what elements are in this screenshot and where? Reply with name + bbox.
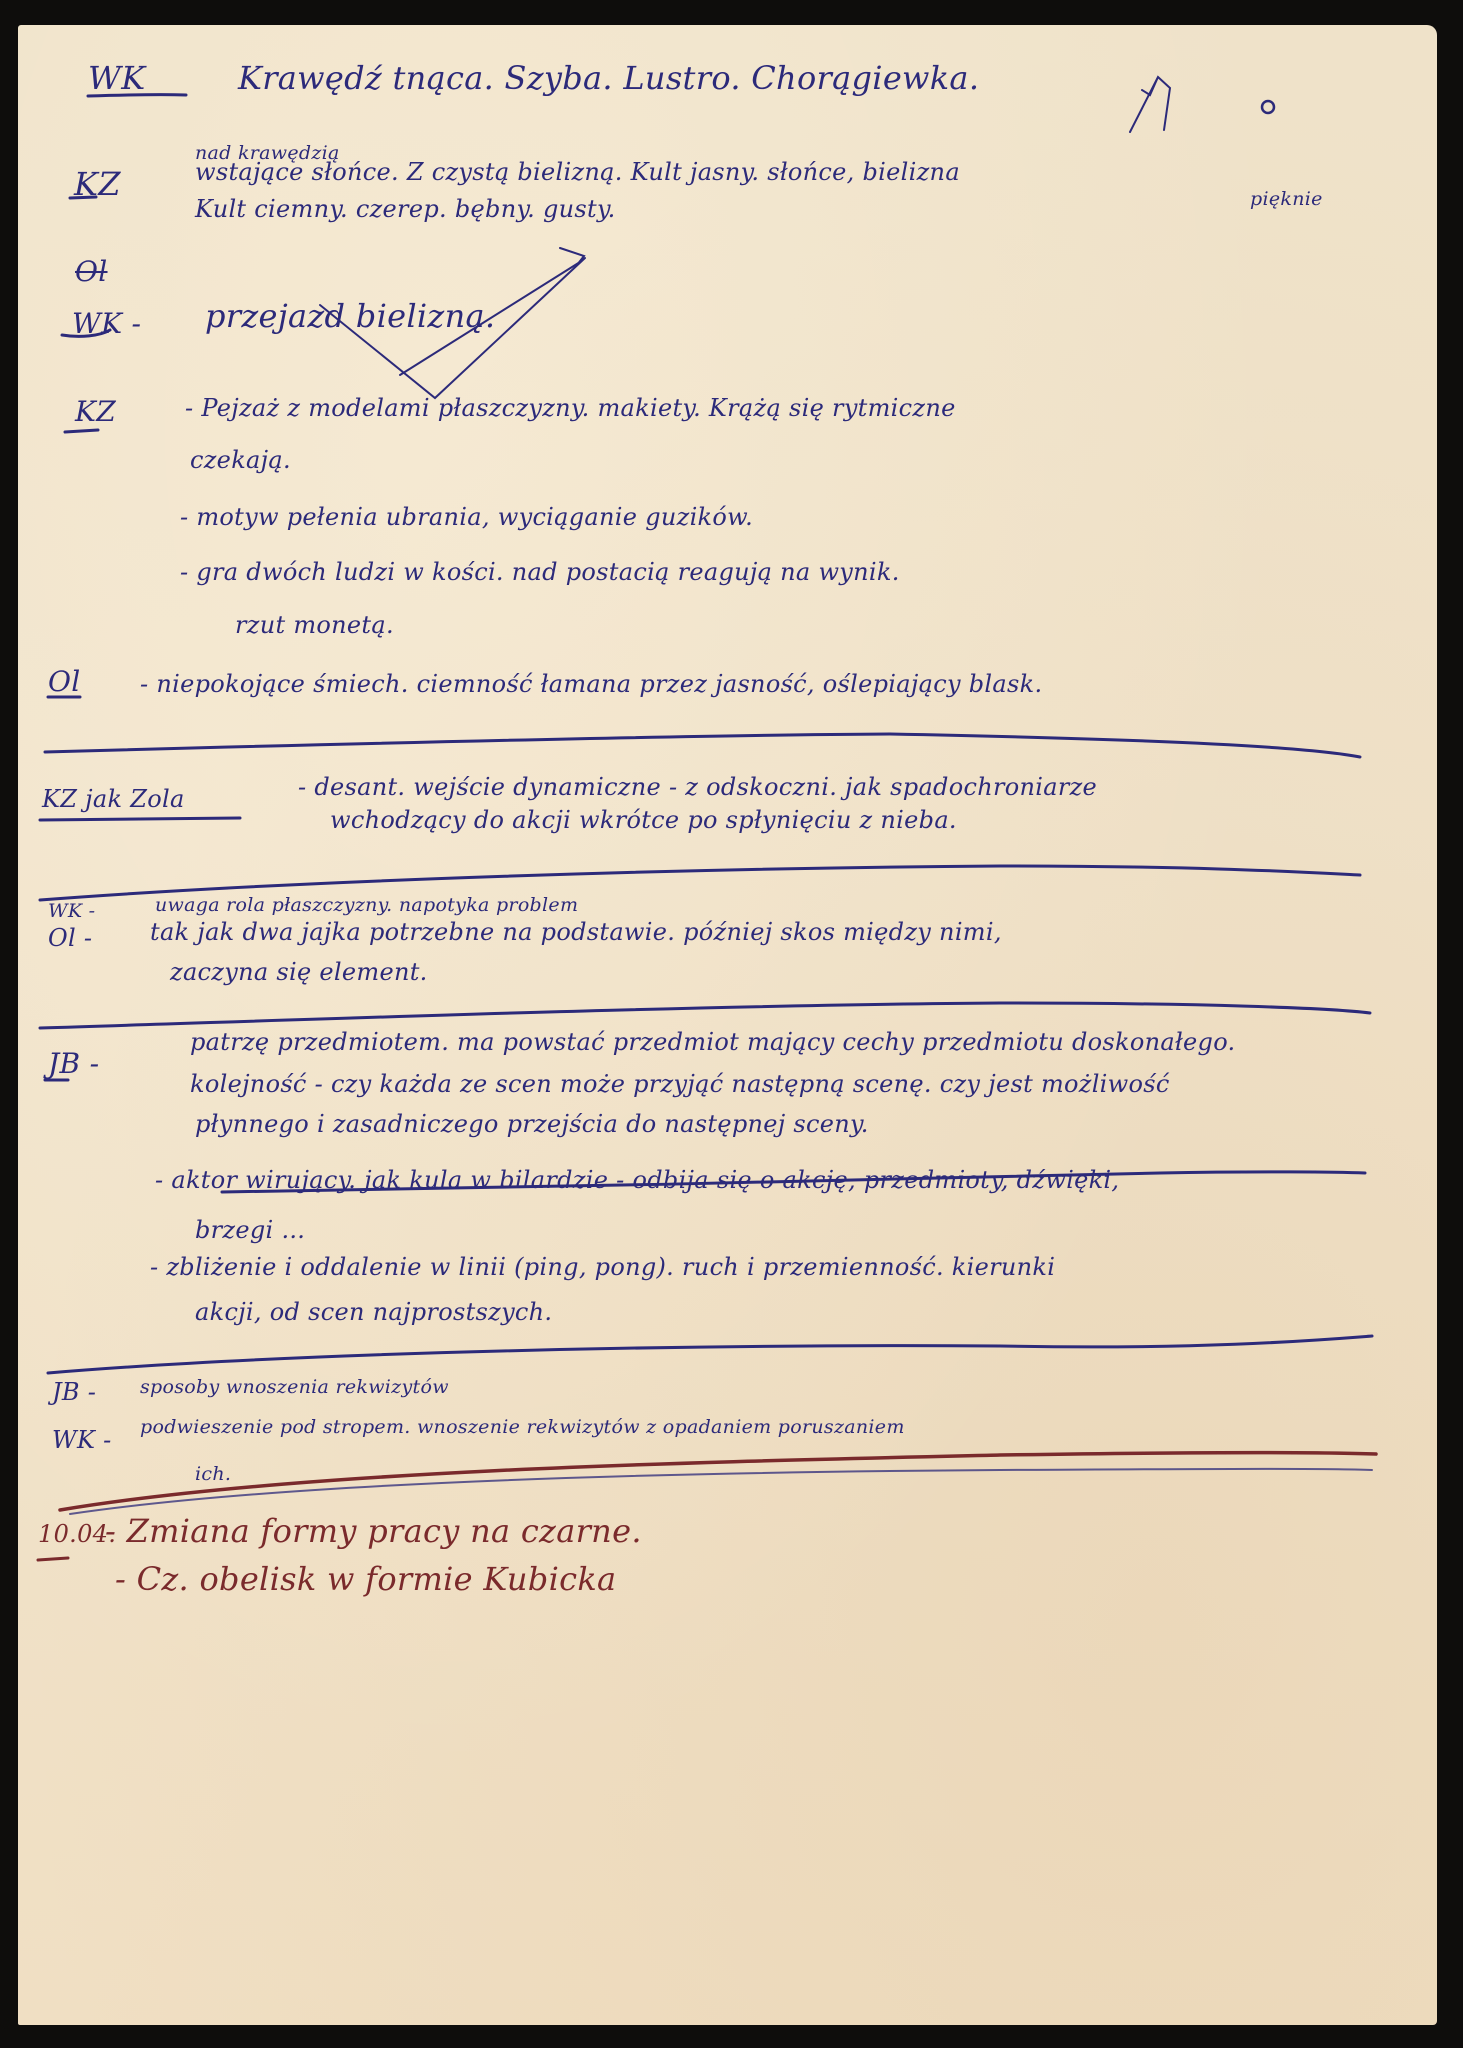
section-label-kz: KZ bbox=[74, 168, 121, 200]
note-line: sposoby wnoszenia rekwizytów bbox=[140, 1378, 449, 1397]
note-line: kolejność - czy każda ze scen może przyj… bbox=[190, 1072, 1170, 1096]
section-label-wk: WK - bbox=[72, 310, 141, 338]
note-line: - gra dwóch ludzi w kości. nad postacią … bbox=[180, 560, 900, 584]
note-line: Krawędź tnąca. Szyba. Lustro. Chorągiewk… bbox=[238, 62, 979, 94]
section-label-jb: JB - bbox=[48, 1050, 99, 1078]
note-line: - zbliżenie i oddalenie w linii (ping, p… bbox=[150, 1255, 1055, 1279]
section-label-ol: Ol bbox=[48, 668, 81, 696]
note-line: uwaga rola płaszczyzny. napotyka problem bbox=[155, 896, 578, 915]
section-label-wk: WK - bbox=[52, 1428, 112, 1452]
note-line: brzegi ... bbox=[195, 1218, 305, 1242]
section-label-kz-zola: KZ jak Zola bbox=[42, 787, 185, 811]
note-line: ich. bbox=[195, 1465, 231, 1484]
note-line: akcji, od scen najprostszych. bbox=[195, 1300, 552, 1324]
note-line: rzut monetą. bbox=[235, 613, 394, 637]
note-line-maroon: - Zmiana formy pracy na czarne. bbox=[105, 1515, 642, 1547]
note-line: podwieszenie pod stropem. wnoszenie rekw… bbox=[140, 1418, 905, 1437]
section-label-ol: Ol - bbox=[48, 926, 92, 950]
section-label-kz: KZ bbox=[75, 398, 116, 426]
note-line: pięknie bbox=[1250, 190, 1323, 209]
note-line-maroon: - Cz. obelisk w formie Kubicka bbox=[115, 1563, 616, 1595]
note-line: przejazd bielizną. bbox=[205, 300, 495, 332]
note-line: płynnego i zasadniczego przejścia do nas… bbox=[195, 1112, 869, 1136]
note-line: - motyw pełenia ubrania, wyciąganie guzi… bbox=[180, 505, 753, 529]
note-line: - aktor wirujący. jak kula w bilardzie -… bbox=[155, 1168, 1119, 1192]
note-line: wchodzący do akcji wkrótce po spłynięciu… bbox=[330, 808, 957, 832]
note-line: patrzę przedmiotem. ma powstać przedmiot… bbox=[190, 1030, 1235, 1054]
note-line: tak jak dwa jajka potrzebne na podstawie… bbox=[150, 920, 1002, 944]
note-line: - desant. wejście dynamiczne - z odskocz… bbox=[298, 775, 1097, 799]
section-label-wk: WK bbox=[88, 62, 145, 94]
note-line: wstające słońce. Z czystą bielizną. Kult… bbox=[195, 160, 960, 184]
note-line: - Pejzaż z modelami płaszczyzny. makiety… bbox=[185, 396, 956, 420]
note-line: czekają. bbox=[190, 448, 291, 472]
crossed-label: Ol bbox=[75, 258, 108, 286]
section-label-jb: JB - bbox=[52, 1380, 96, 1404]
note-line: zaczyna się element. bbox=[170, 960, 428, 984]
note-line: - niepokojące śmiech. ciemność łamana pr… bbox=[140, 672, 1042, 696]
section-label-wk: WK - bbox=[48, 902, 95, 921]
note-line: Kult ciemny. czerep. bębny. gusty. bbox=[195, 197, 616, 221]
